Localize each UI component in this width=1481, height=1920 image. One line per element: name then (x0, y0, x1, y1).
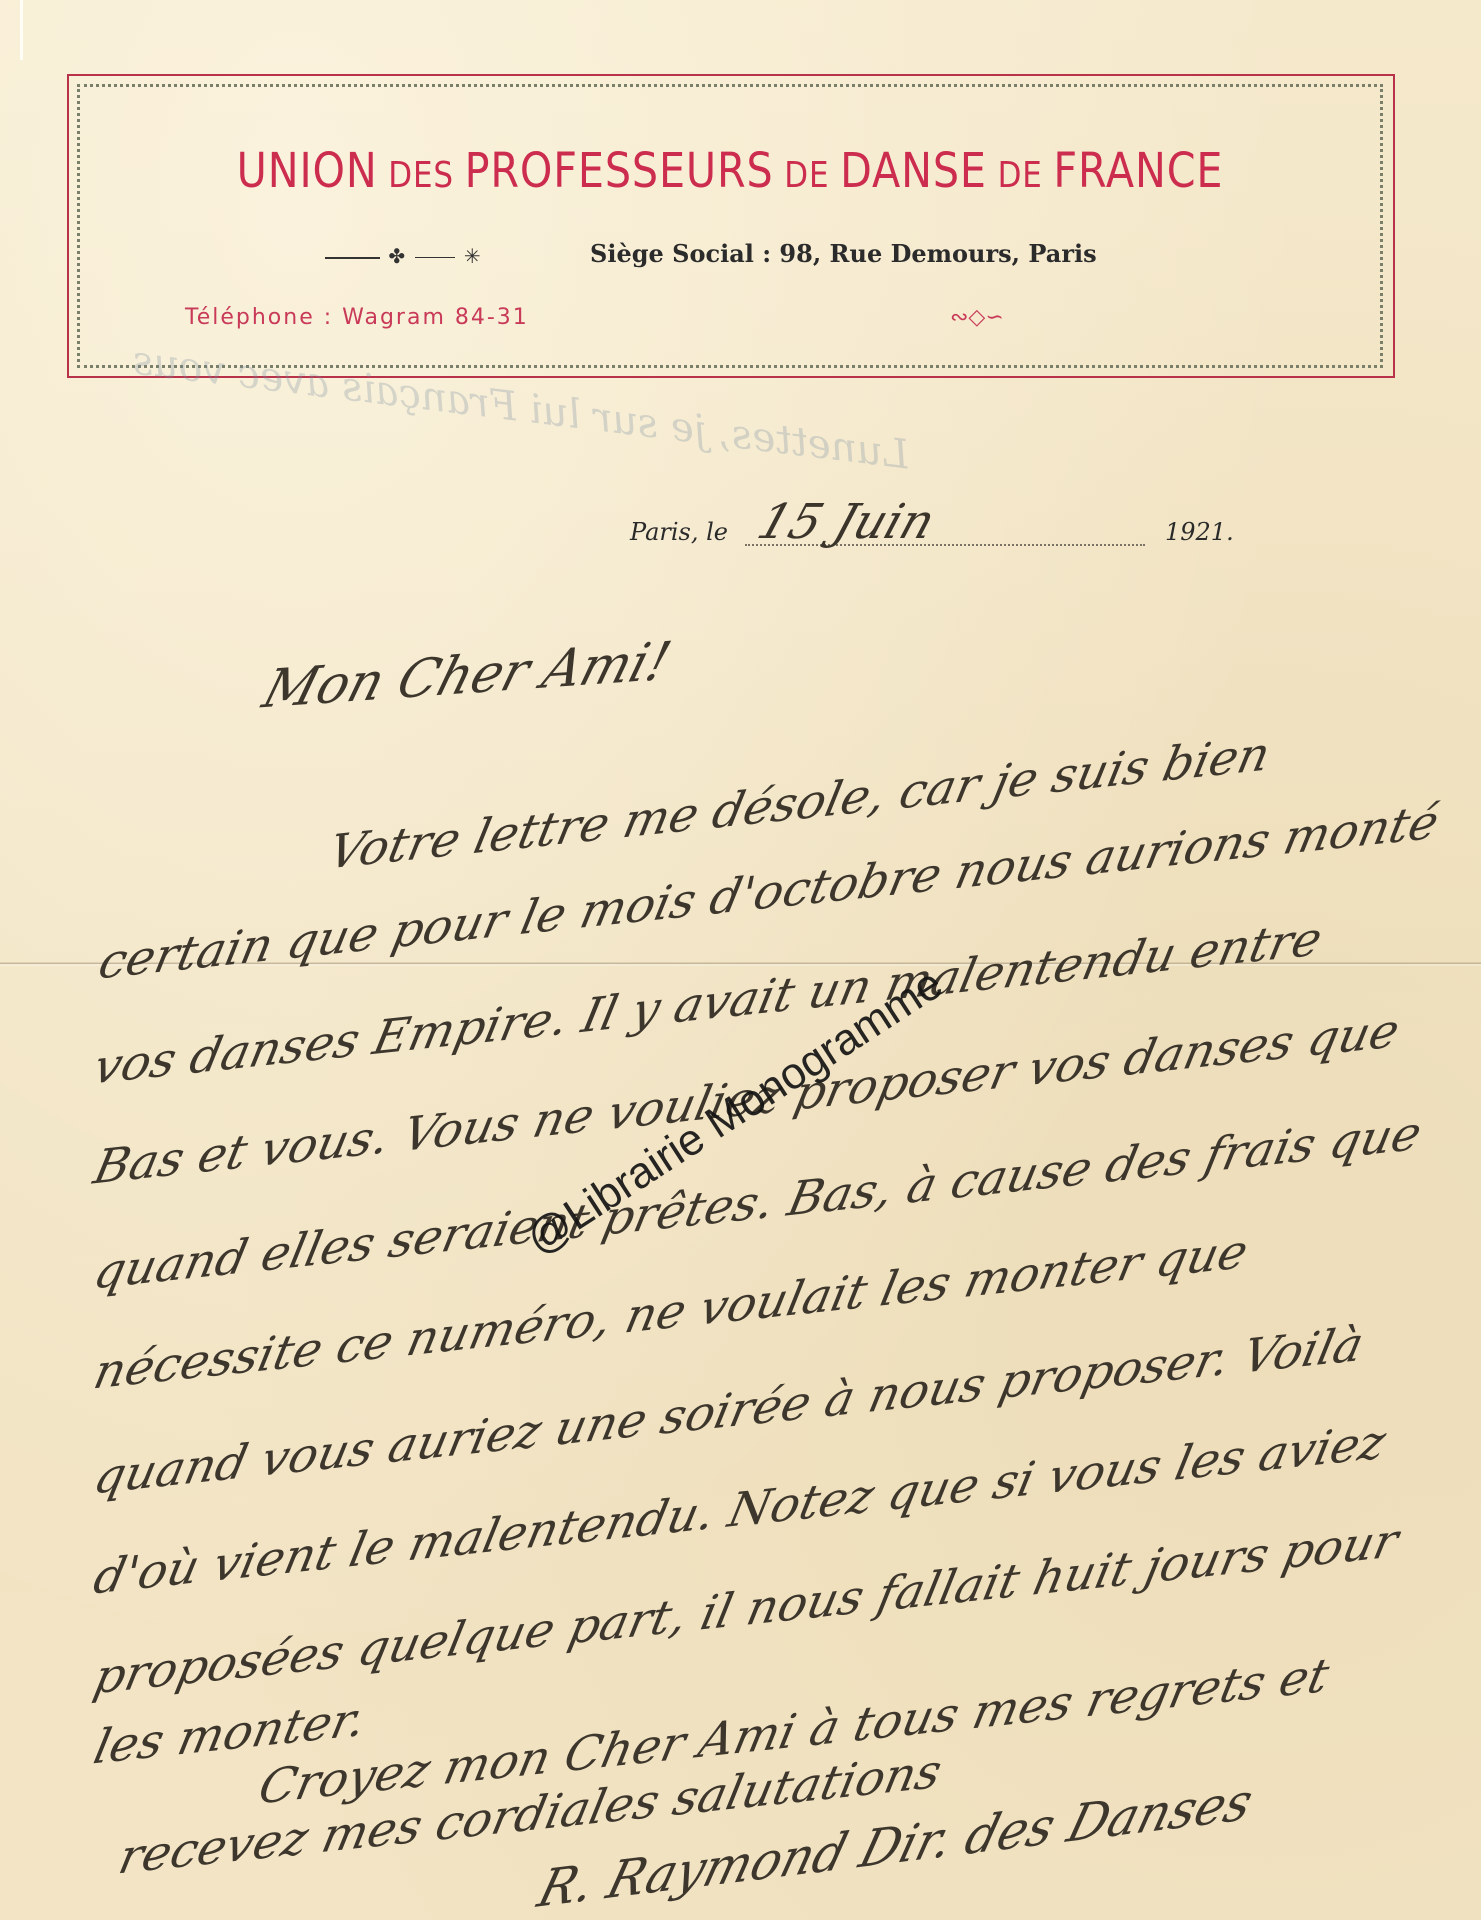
salutation: Mon Cher Ami! (256, 631, 677, 721)
flourish-ornament-icon: ✤ ✳ (325, 244, 483, 268)
title-part: PROFESSEURS (465, 143, 774, 199)
telephone-number: Téléphone : Wagram 84-31 (185, 305, 529, 330)
head-office-address: Siège Social : 98, Rue Demours, Paris (590, 239, 1097, 268)
date-year: 1921. (1165, 518, 1234, 546)
title-part: DANSE (840, 143, 987, 199)
date-prefix: Paris, le (630, 518, 728, 546)
paper-crease (20, 0, 23, 60)
title-part: DE (987, 155, 1054, 196)
letterhead-title: UNION DES PROFESSEURS DE DANSE DE FRANCE (171, 143, 1289, 199)
title-part: UNION (237, 143, 378, 199)
scroll-ornament-icon: ∾◇∽ (950, 305, 1004, 330)
title-part: DE (774, 155, 841, 196)
letterhead-ornamental-border: UNION DES PROFESSEURS DE DANSE DE FRANCE… (77, 84, 1383, 368)
letterhead: UNION DES PROFESSEURS DE DANSE DE FRANCE… (67, 74, 1395, 378)
date-handwritten: 15 Juin (751, 494, 942, 550)
date-line: Paris, le 15 Juin 1921. (630, 500, 1270, 560)
title-part: FRANCE (1053, 143, 1223, 199)
title-part: DES (378, 155, 465, 196)
